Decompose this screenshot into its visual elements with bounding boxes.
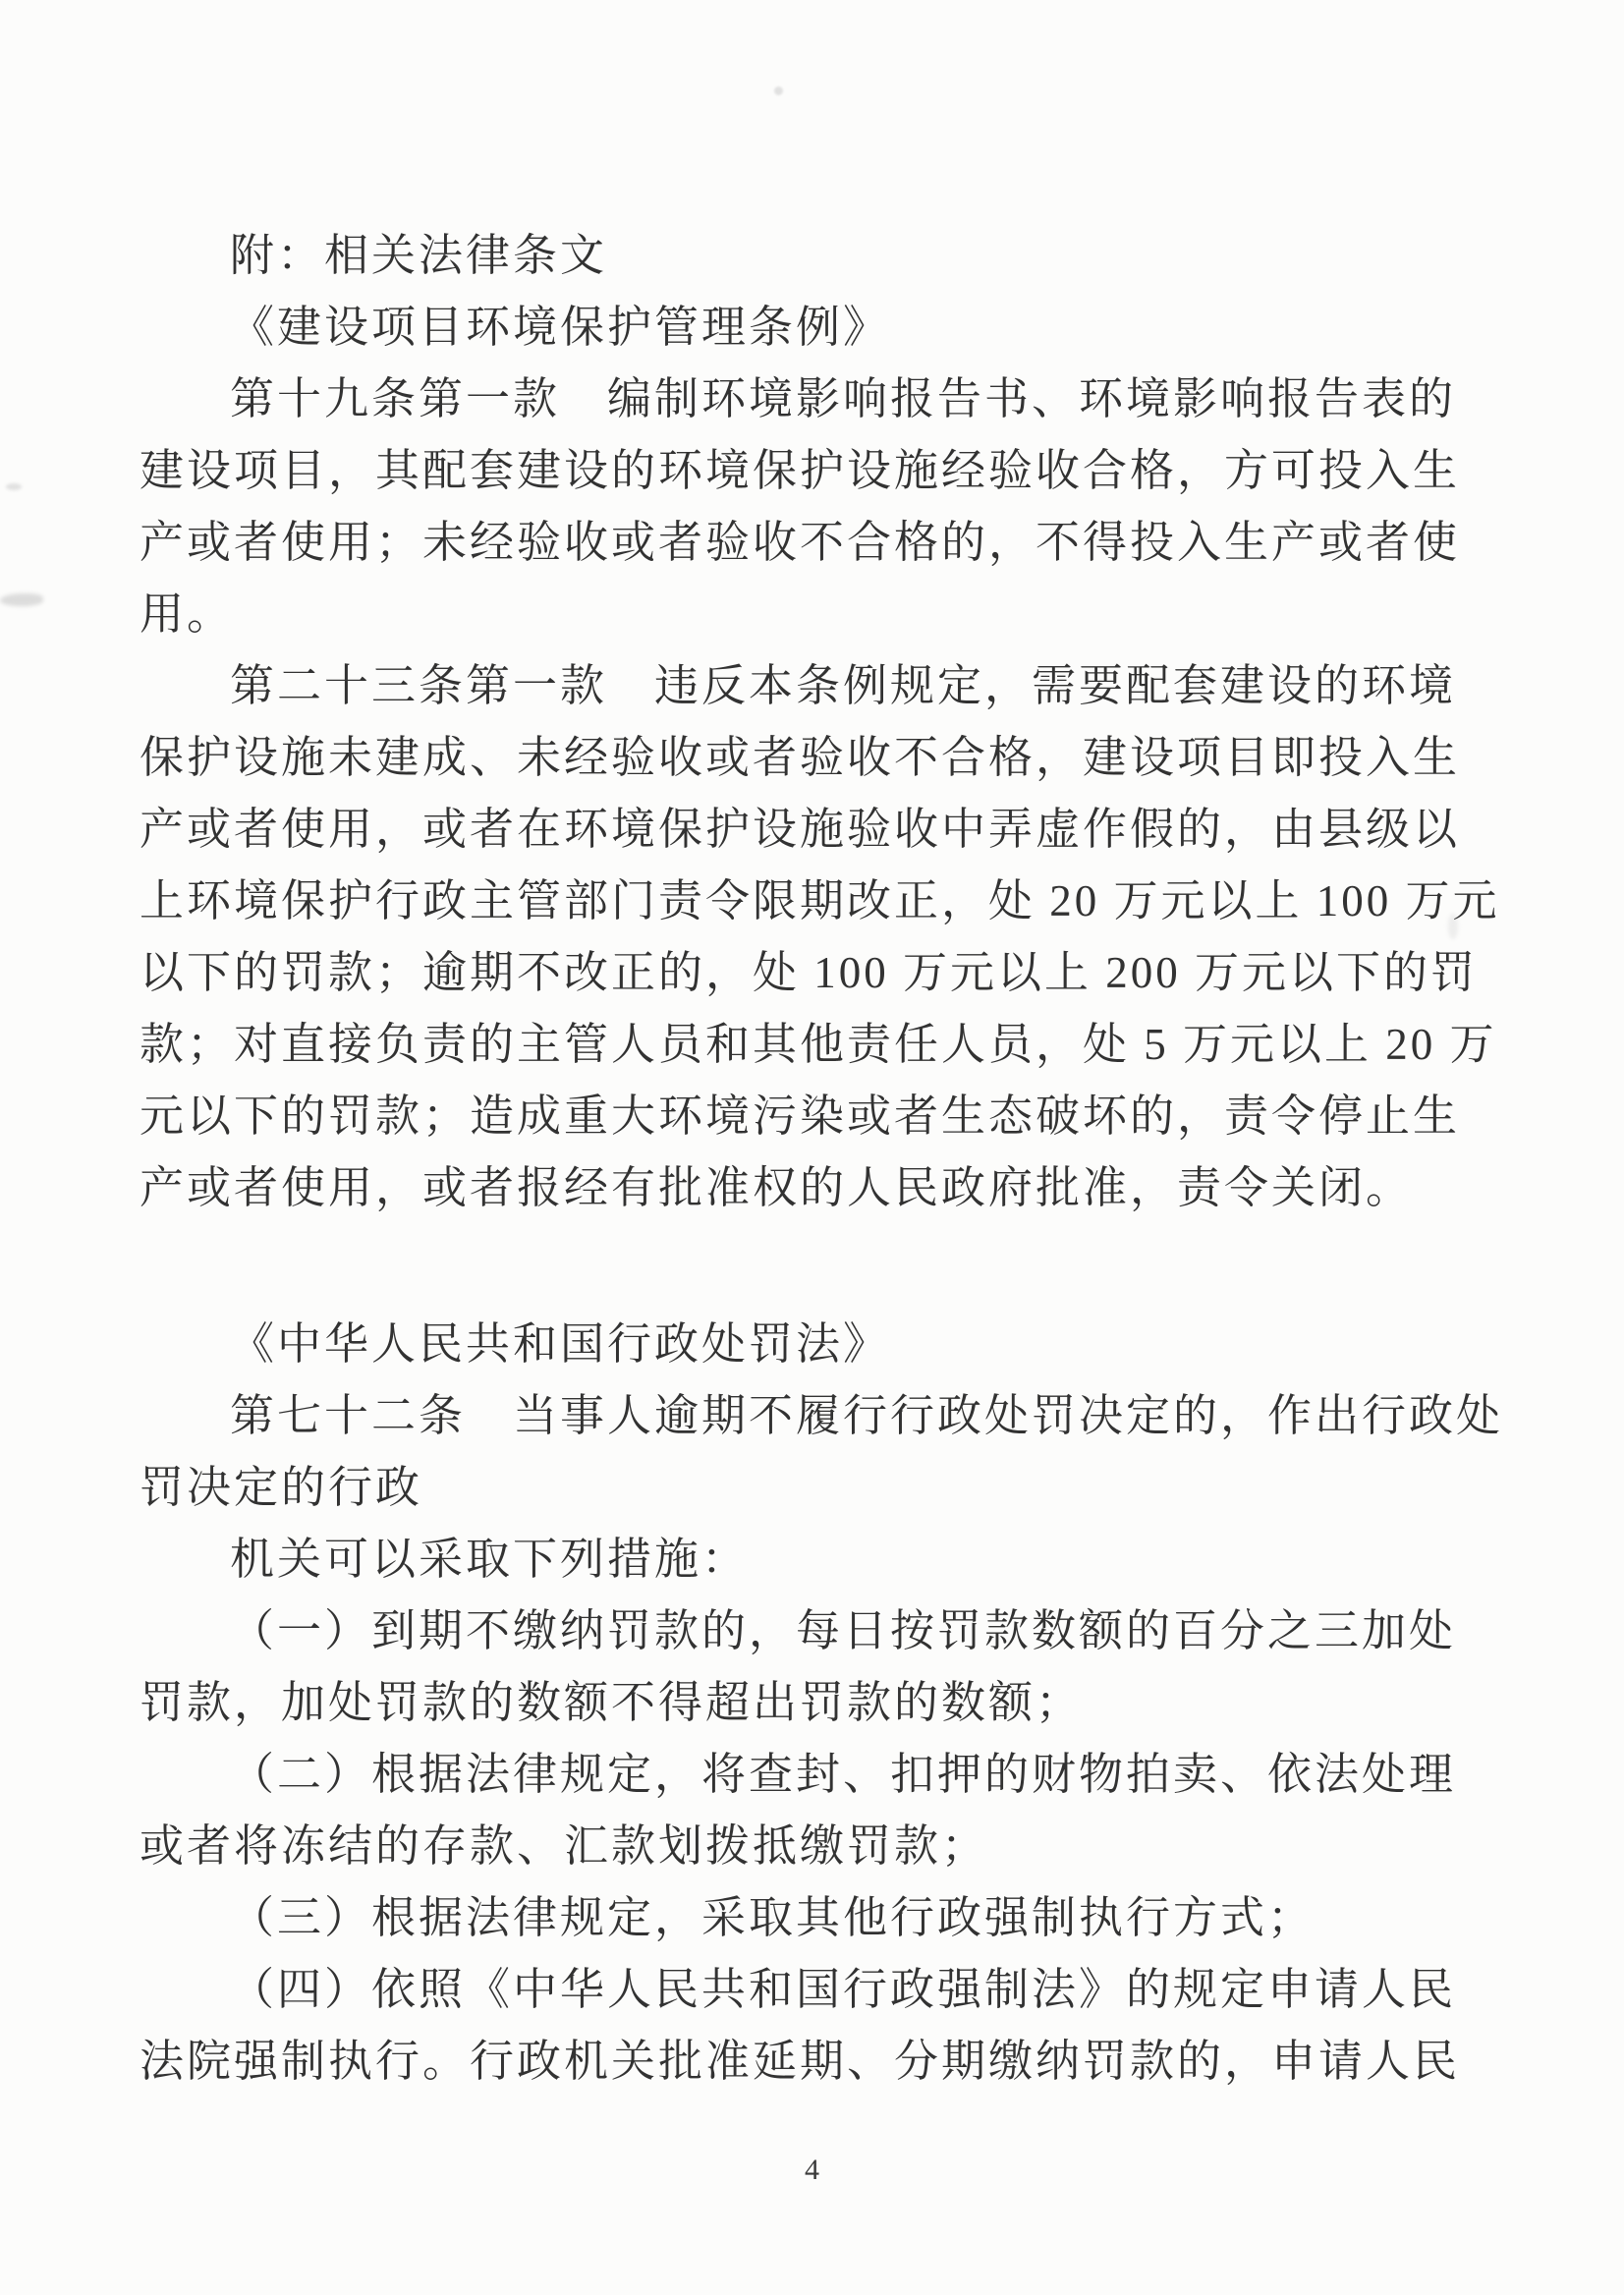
scan-artifact-smudge [0,593,43,606]
legal-text-block: 附：相关法律条文 《建设项目环境保护管理条例》 第十九条第一款 编制环境影响报告… [140,220,1497,2098]
doc-line: 第二十三条第一款 违反本条例规定，需要配套建设的环境 [140,650,1497,722]
doc-line-item-1: （一）到期不缴纳罚款的，每日按罚款数额的百分之三加处 [140,1595,1497,1667]
doc-line: 第十九条第一款 编制环境影响报告书、环境影响报告表的 [140,364,1497,435]
doc-line: 或者将冻结的存款、汇款划拨抵缴罚款； [140,1811,1497,1882]
doc-line: 罚款，加处罚款的数额不得超出罚款的数额； [140,1667,1497,1739]
doc-line: 产或者使用；未经验收或者验收不合格的，不得投入生产或者使 [140,507,1497,579]
scanned-document-page: 附：相关法律条文 《建设项目环境保护管理条例》 第十九条第一款 编制环境影响报告… [0,0,1624,2295]
page-number: 4 [0,2154,1624,2187]
doc-line: 机关可以采取下列措施： [140,1524,1497,1595]
doc-line: 保护设施未建成、未经验收或者验收不合格，建设项目即投入生 [140,722,1497,794]
doc-line: 第七十二条 当事人逾期不履行行政处罚决定的，作出行政处 [140,1380,1497,1452]
doc-line: 以下的罚款；逾期不改正的，处 100 万元以上 200 万元以下的罚 [140,937,1497,1009]
doc-line-item-3: （三）根据法律规定，采取其他行政强制执行方式； [140,1882,1497,1954]
doc-line: 元以下的罚款；造成重大环境污染或者生态破坏的，责令停止生 [140,1081,1497,1152]
scan-artifact-tick [6,483,22,490]
scan-artifact-dot [774,86,783,95]
doc-line-item-2: （二）根据法律规定，将查封、扣押的财物拍卖、依法处理 [140,1739,1497,1811]
doc-line: 产或者使用，或者在环境保护设施验收中弄虚作假的，由县级以 [140,794,1497,866]
doc-line: 建设项目，其配套建设的环境保护设施经验收合格，方可投入生 [140,435,1497,507]
doc-line: 法院强制执行。行政机关批准延期、分期缴纳罚款的，申请人民 [140,2026,1497,2098]
attachment-heading: 附：相关法律条文 [140,220,1497,292]
doc-line: 产或者使用，或者报经有批准权的人民政府批准，责令关闭。 [140,1152,1497,1224]
doc-line: 上环境保护行政主管部门责令限期改正，处 20 万元以上 100 万元 [140,866,1497,937]
regulation-title: 《建设项目环境保护管理条例》 [140,292,1497,364]
law-title: 《中华人民共和国行政处罚法》 [140,1309,1497,1380]
doc-line-item-4: （四）依照《中华人民共和国行政强制法》的规定申请人民 [140,1954,1497,2026]
doc-line: 用。 [140,579,1497,650]
doc-line: 款；对直接负责的主管人员和其他责任人员，处 5 万元以上 20 万 [140,1009,1497,1081]
doc-line: 罚决定的行政 [140,1452,1497,1524]
